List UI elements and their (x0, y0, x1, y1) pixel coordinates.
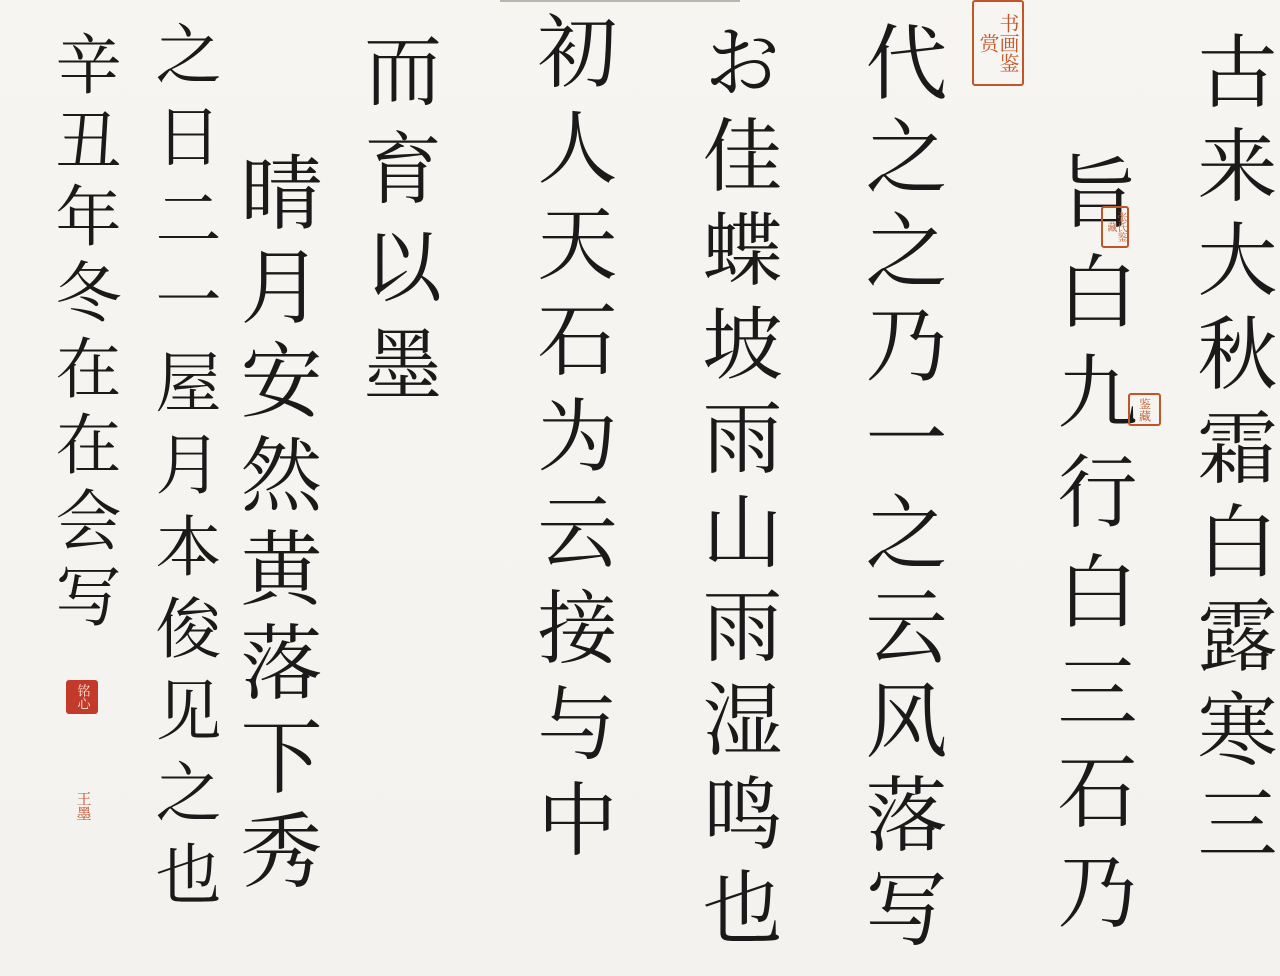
calligraphy-column-8: 之日二一屋月本俊见之也 (149, 20, 215, 922)
calligraphy-column-9: 辛丑年冬在在会写 (49, 30, 115, 638)
calligraphy-column-1: 古来大秋霜白露寒三 (1190, 30, 1270, 876)
seal-signature-1: 铭心 (66, 680, 98, 714)
calligraphy-column-6: 而育以墨 (357, 30, 435, 422)
calligraphy-column-4: お佳蝶坡雨山雨湿鸣也 (695, 20, 775, 960)
calligraphy-column-3: 代之之乃一之云风落写 (858, 20, 940, 960)
calligraphy-column-5: 初人天石为云接与中 (530, 10, 610, 874)
mount-edge (500, 0, 740, 2)
seal-signature-2: 王墨 (66, 787, 100, 825)
seal-middle-upper: 张氏鉴藏 (1101, 206, 1129, 248)
seal-top: 书画鉴赏 (972, 0, 1024, 86)
calligraphy-column-2: 旨白九行白三石乃 (1050, 150, 1130, 950)
seal-middle-lower: 鉴藏 (1128, 393, 1161, 426)
calligraphy-column-7: 晴月安然黄落下秀 (233, 150, 315, 902)
